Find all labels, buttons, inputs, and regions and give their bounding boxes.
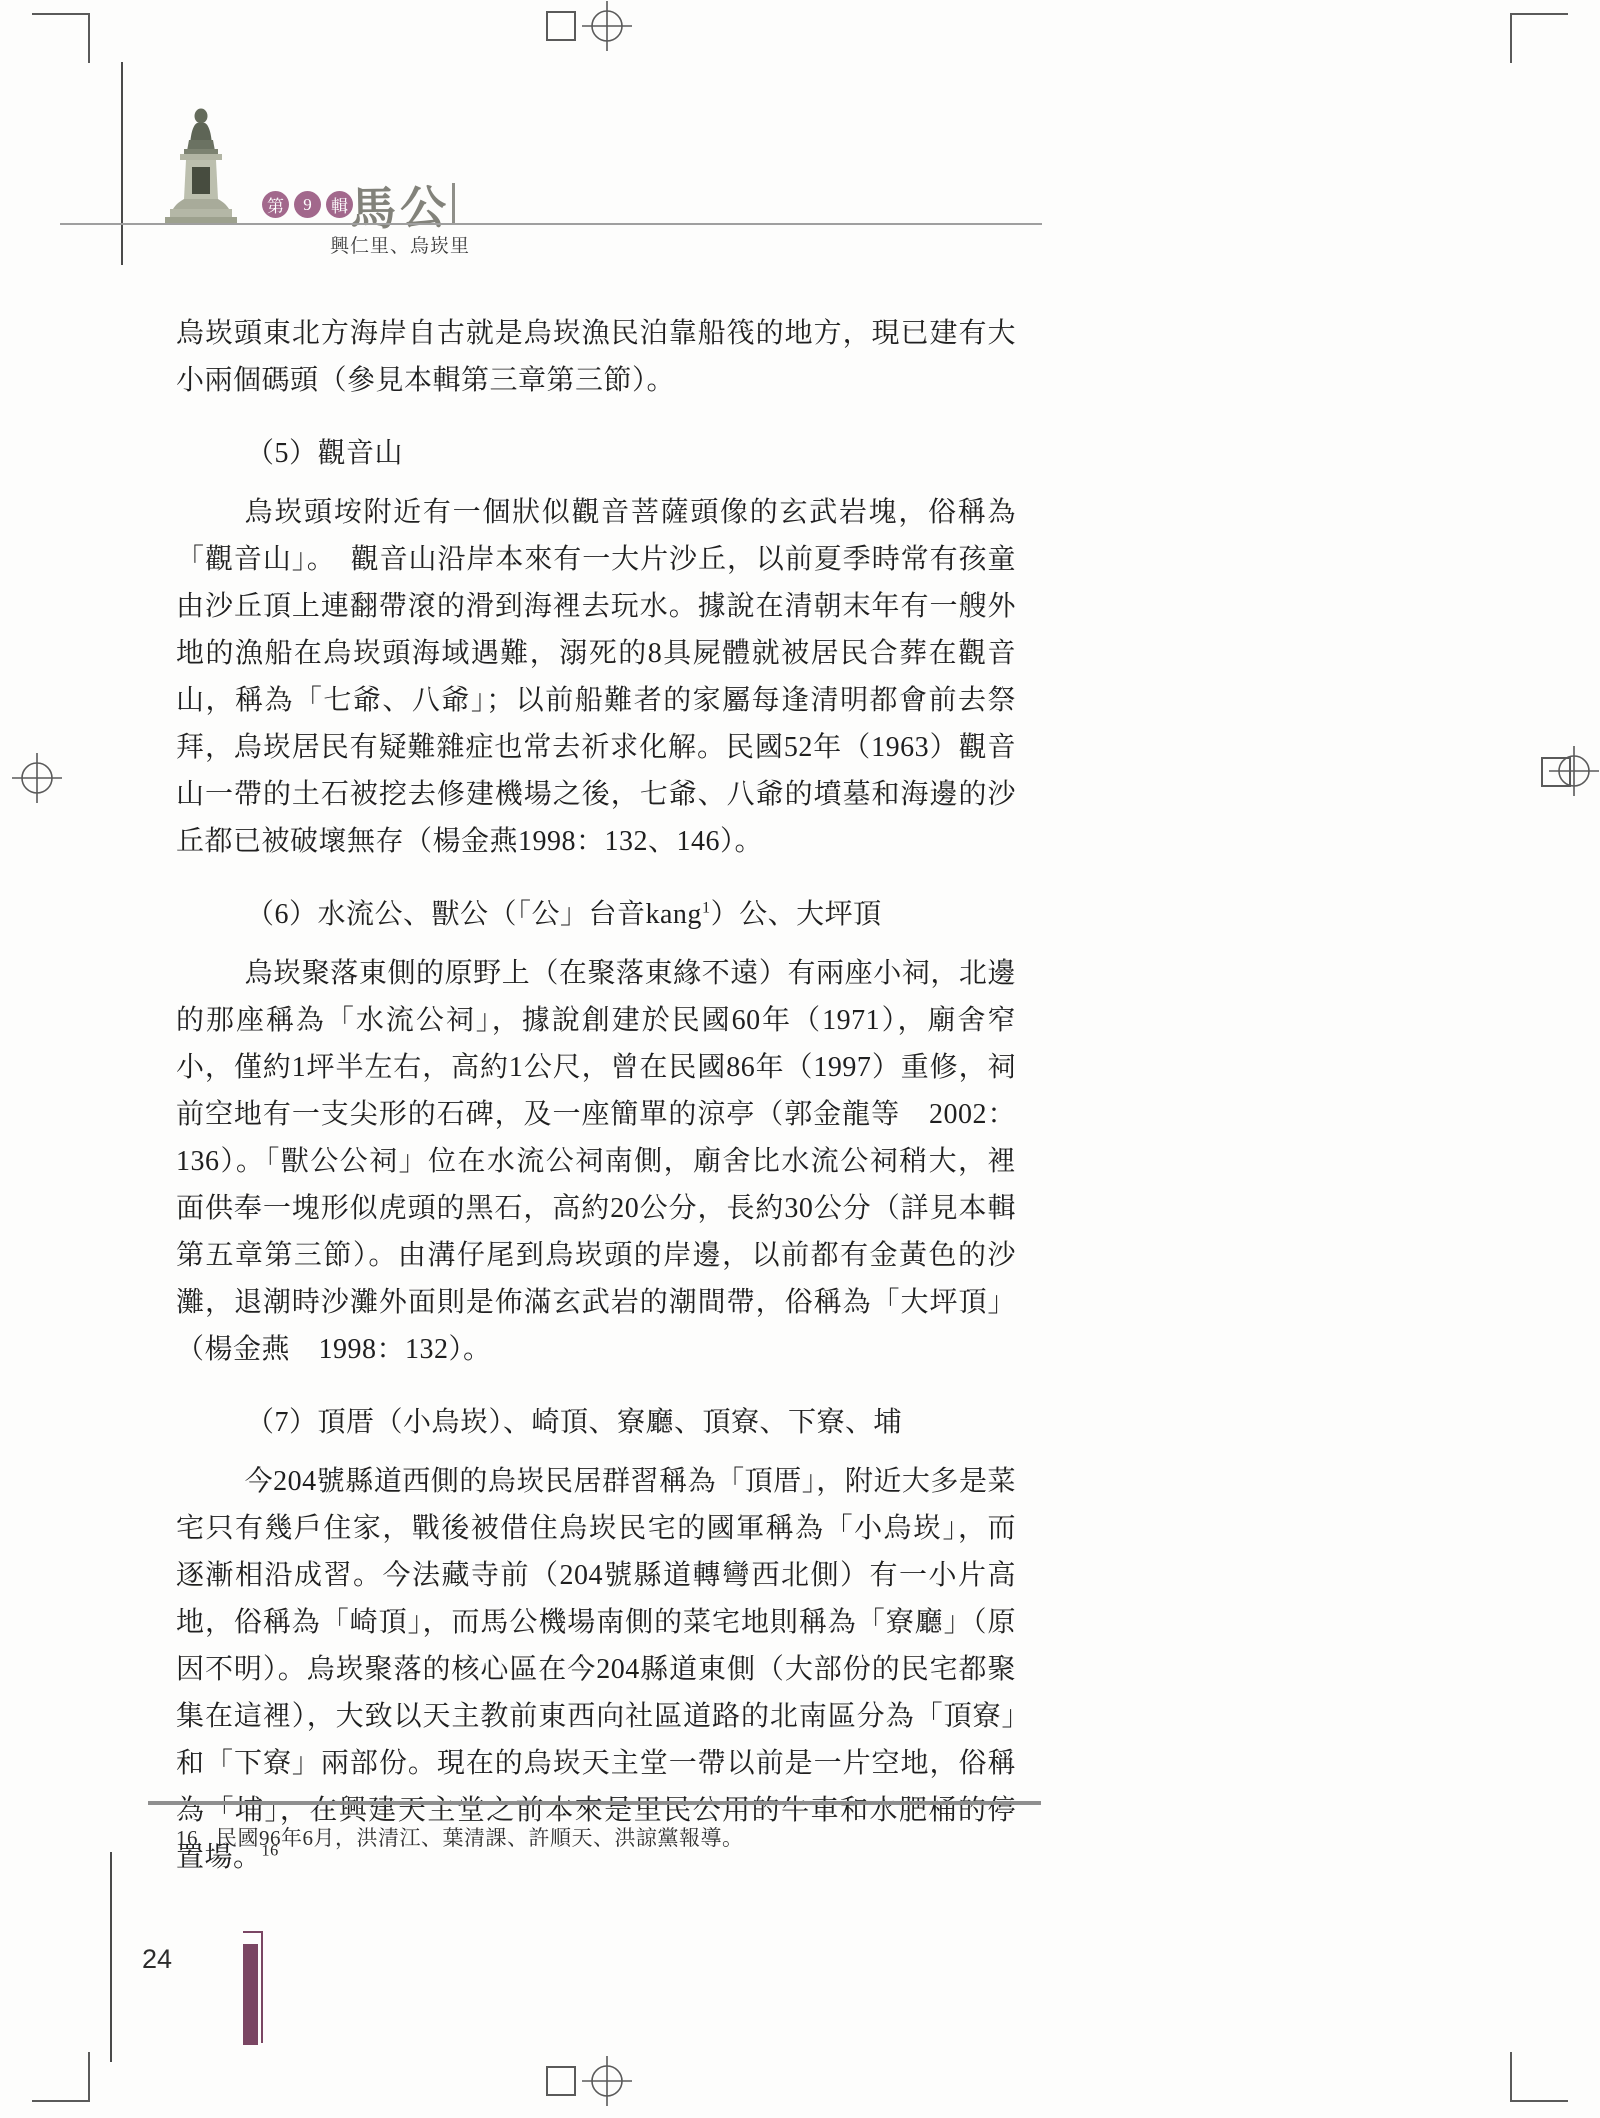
crop-mark-top-left-h: [32, 13, 90, 15]
section-heading: （5）觀音山: [176, 430, 1016, 477]
registration-target-left: [12, 753, 62, 803]
statue-photo: [157, 107, 245, 225]
footnote-marker: 16: [176, 1826, 198, 1850]
book-title: 馬公: [349, 171, 450, 239]
trim-line-bottom-left: [110, 1852, 112, 2062]
crop-mark-top-left-v: [88, 13, 90, 63]
paragraph: 烏崁頭垵附近有一個狀似觀音菩薩頭像的玄武岩塊，俗稱為「觀音山」。 觀音山沿岸本來…: [176, 489, 1016, 865]
registration-target-right: [1549, 746, 1599, 796]
scanned-page: 第9輯 馬公 興仁里、烏崁里 烏崁頭東北方海岸自古就是烏崁漁民泊靠船筏的地方，現…: [0, 0, 1600, 2118]
body-text: 烏崁頭東北方海岸自古就是烏崁漁民泊靠船筏的地方，現已建有大小兩個碼頭（參見本輯第…: [176, 310, 1016, 1881]
series-badge-circle: 第: [262, 191, 289, 218]
crop-mark-bottom-right-v: [1510, 2052, 1512, 2102]
registration-target-bottom: [582, 2056, 632, 2106]
paragraph: 烏崁頭東北方海岸自古就是烏崁漁民泊靠船筏的地方，現已建有大小兩個碼頭（參見本輯第…: [176, 310, 1016, 404]
paragraph: 烏崁聚落東側的原野上（在聚落東緣不遠）有兩座小祠，北邊的那座稱為「水流公祠」，據…: [176, 950, 1016, 1373]
crop-mark-bottom-left-h: [32, 2100, 90, 2102]
paragraph: 今204號縣道西側的烏崁民居群習稱為「頂厝」，附近大多是菜宅只有幾戶住家，戰後被…: [176, 1458, 1016, 1881]
page-number: 24: [142, 1944, 172, 1975]
page-number-bar-outline-h: [243, 1931, 263, 1933]
crop-mark-bottom-left-v: [88, 2052, 90, 2102]
crop-mark-top-right-h: [1510, 13, 1568, 15]
footnote-rule: [148, 1801, 1041, 1805]
footnote: 16民國96年6月，洪清江、葉清課、許順天、洪諒黨報導。: [176, 1822, 744, 1852]
footnote-text: 民國96年6月，洪清江、葉清課、許順天、洪諒黨報導。: [216, 1826, 744, 1850]
page-number-bar-outline-v: [261, 1931, 263, 2043]
title-divider: [452, 183, 455, 225]
crop-mark-top-right-v: [1510, 13, 1512, 63]
trim-line-top-left: [121, 62, 123, 265]
header-rule: [60, 223, 1042, 225]
series-badge: 第9輯: [262, 191, 353, 218]
section-heading: （6）水流公、獸公（「公」台音kang1）公、大坪頂: [176, 891, 1016, 938]
registration-square-top: [546, 11, 576, 41]
crop-mark-bottom-right-h: [1510, 2100, 1568, 2102]
page-number-bar: [243, 1944, 258, 2045]
section-heading: （7）頂厝（小烏崁）、崎頂、寮廳、頂寮、下寮、埔: [176, 1399, 1016, 1446]
registration-square-bottom: [546, 2066, 576, 2096]
series-badge-circle: 9: [294, 191, 321, 218]
registration-target-top: [582, 1, 632, 51]
chapter-subtitle: 興仁里、烏崁里: [330, 231, 470, 258]
